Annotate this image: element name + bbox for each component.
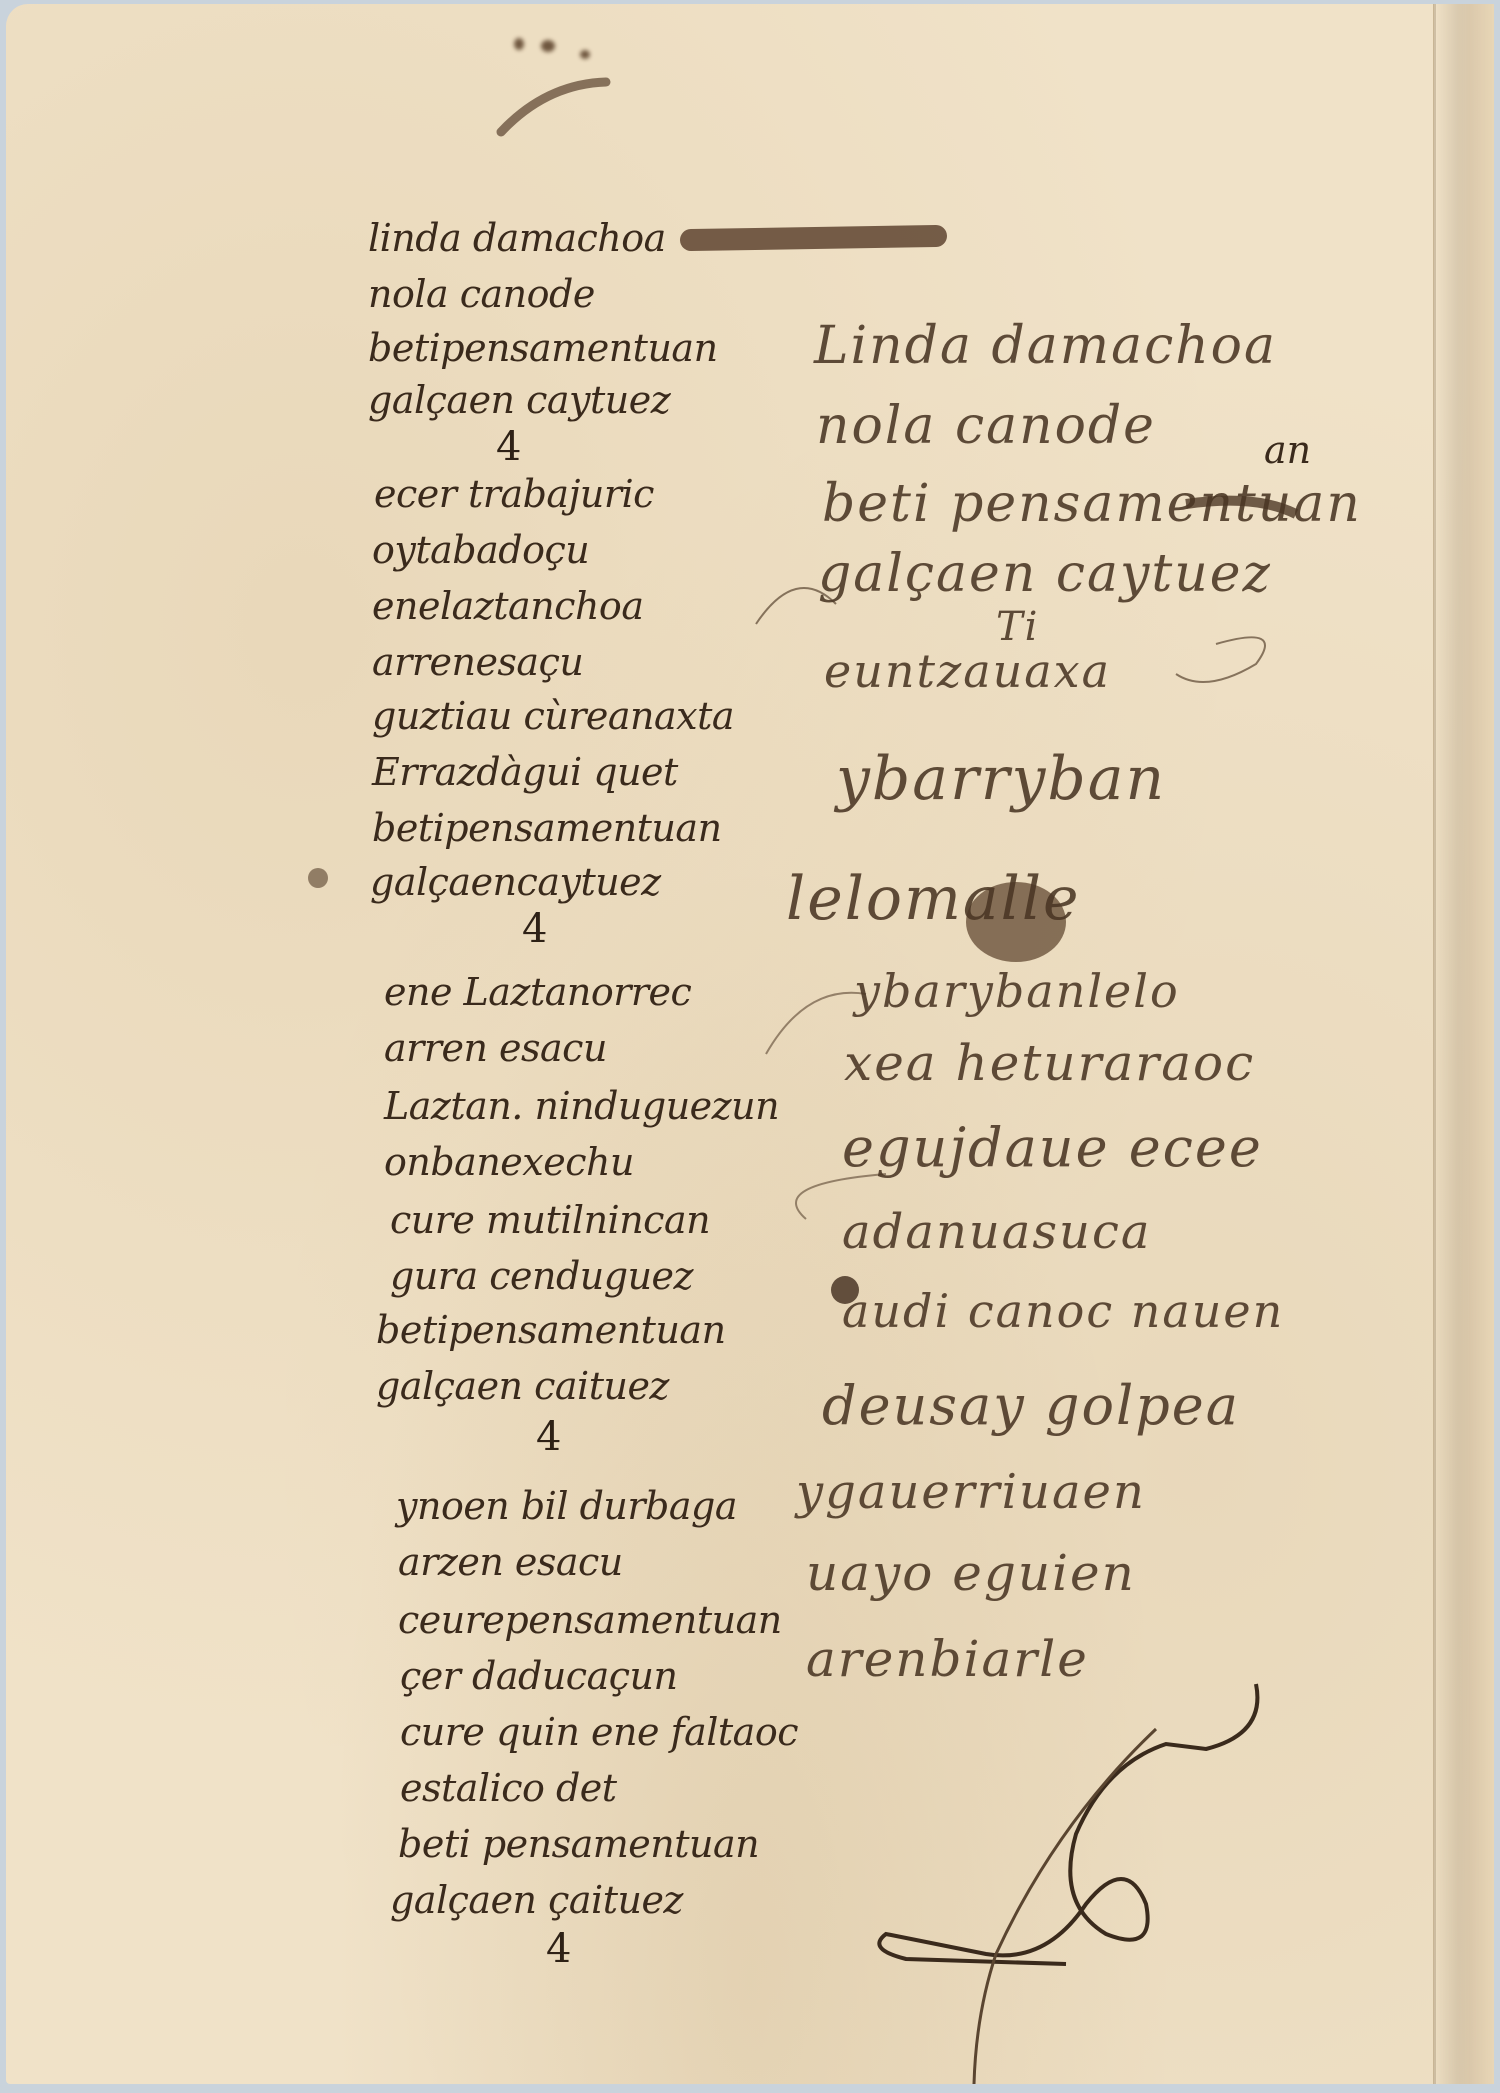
- manuscript-line: betipensamentuan: [368, 326, 718, 370]
- manuscript-line: guztiau cùreanaxta: [372, 694, 734, 738]
- manuscript-line: ceurepensamentuan: [398, 1598, 782, 1642]
- manuscript-line: nola canode: [368, 272, 595, 316]
- manuscript-line: onbanexechu: [384, 1140, 634, 1184]
- manuscript-line: nola canode: [816, 396, 1156, 456]
- manuscript-line: beti pensamentuan: [398, 1822, 759, 1866]
- manuscript-line: Errazdàgui quet: [372, 750, 678, 794]
- manuscript-line: Laztan. ninduguezun: [384, 1084, 779, 1128]
- manuscript-line: ecer trabajuric: [374, 472, 654, 516]
- manuscript-line: egujdaue ecee: [842, 1116, 1263, 1179]
- manuscript-line: enelaztanchoa: [372, 584, 643, 628]
- manuscript-line: arzen esacu: [398, 1540, 623, 1584]
- manuscript-line: galçaen caituez: [376, 1364, 669, 1408]
- manuscript-line: adanuasuca: [842, 1204, 1151, 1260]
- manuscript-line: betipensamentuan: [372, 806, 722, 850]
- manuscript-line: ygauerriuaen: [796, 1464, 1146, 1520]
- stanza-mark: 4: [536, 1414, 561, 1460]
- manuscript-line: audi canoc nauen: [842, 1284, 1284, 1338]
- manuscript-line: ybarryban: [836, 744, 1166, 814]
- manuscript-line: estalico det: [400, 1766, 617, 1810]
- manuscript-line: cure quin ene faltaoc: [400, 1710, 798, 1754]
- manuscript-line: arren esacu: [384, 1026, 607, 1070]
- manuscript-line: xea heturaraoc: [844, 1034, 1255, 1092]
- manuscript-line: ene Laztanorrec: [384, 970, 691, 1014]
- stanza-mark: 4: [496, 424, 521, 470]
- manuscript-line: uayo eguien: [806, 1544, 1136, 1602]
- manuscript-line: galçaencaytuez: [370, 860, 661, 904]
- manuscript-line: çer daducaçun: [400, 1654, 677, 1698]
- manuscript-line: galçaen caytuez: [368, 378, 670, 422]
- stanza-mark: 4: [522, 906, 547, 952]
- stanza-mark: 4: [546, 1926, 571, 1972]
- manuscript-line: arrenesaçu: [372, 640, 583, 684]
- manuscript-line: euntzauaxa: [824, 644, 1111, 698]
- manuscript-page: linda damachoa nola canode betipensament…: [6, 4, 1494, 2084]
- manuscript-line: lelomalle: [786, 864, 1081, 934]
- manuscript-line: betipensamentuan: [376, 1308, 726, 1352]
- manuscript-line: linda damachoa: [368, 216, 666, 260]
- superscript-insertion: an: [1264, 428, 1311, 472]
- manuscript-line: cure mutilnincan: [390, 1198, 710, 1242]
- manuscript-line: ybarybanlelo: [854, 964, 1180, 1018]
- manuscript-line: Linda damachoa: [814, 316, 1277, 376]
- manuscript-line: deusay golpea: [822, 1374, 1240, 1437]
- manuscript-line: galçaen caytuez: [818, 544, 1272, 604]
- manuscript-line: galçaen çaituez: [390, 1878, 683, 1922]
- manuscript-line: ynoen bil durbaga: [396, 1484, 737, 1528]
- manuscript-line: beti pensamentuan: [822, 474, 1362, 534]
- manuscript-line: oytabadoçu: [372, 528, 589, 572]
- manuscript-line: gura cenduguez: [390, 1254, 693, 1298]
- manuscript-line: arenbiarle: [806, 1630, 1089, 1688]
